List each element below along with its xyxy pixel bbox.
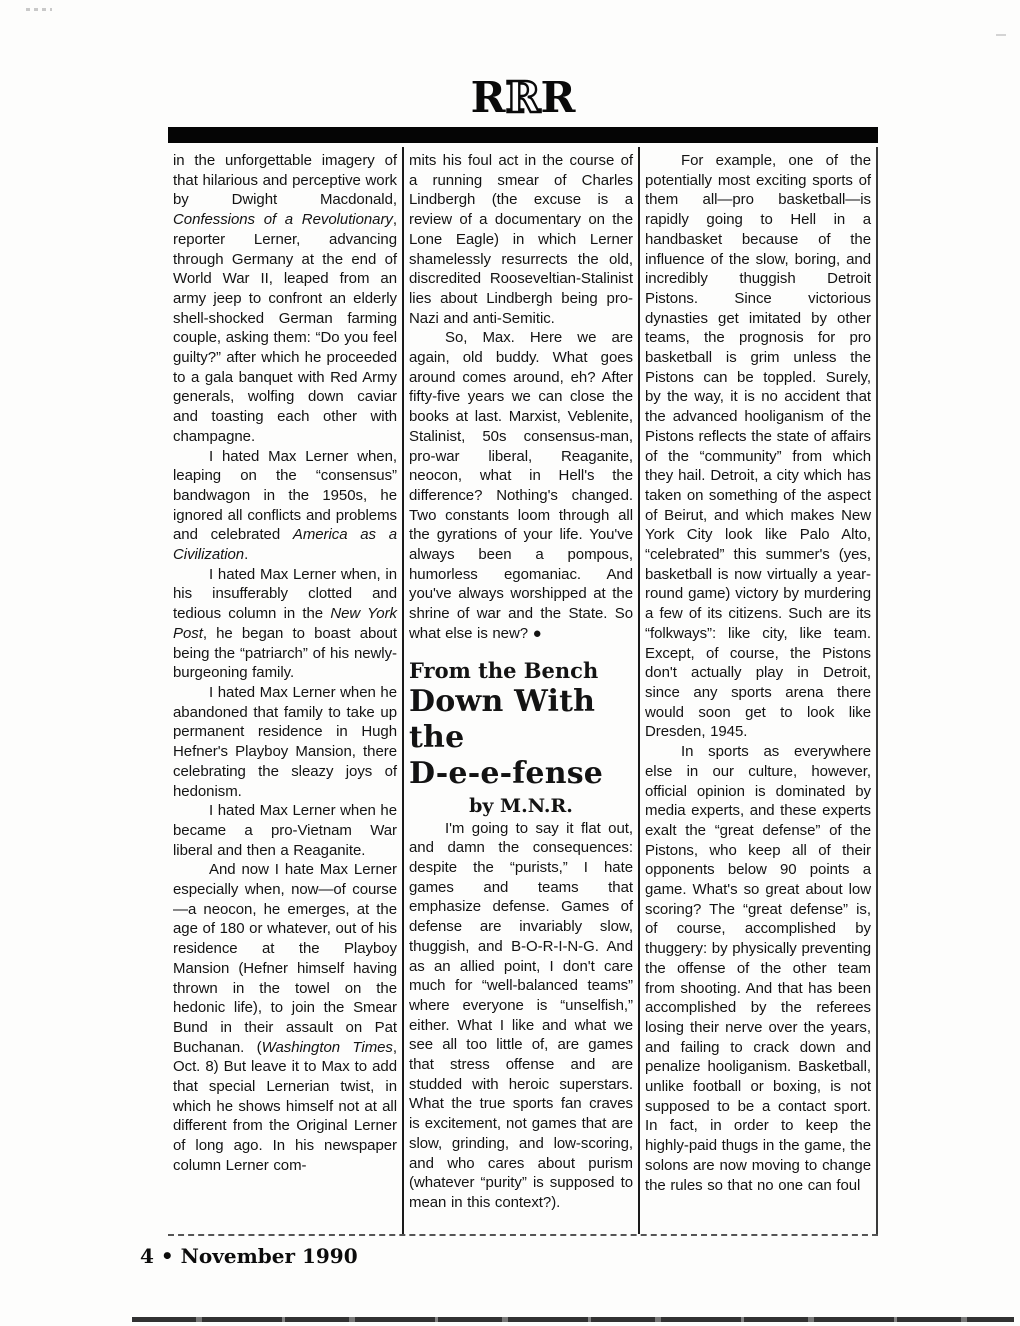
paragraph: I hated Max Lerner when he abandoned tha… [173,683,397,801]
paragraph: I'm going to say it flat out, and damn t… [409,819,633,1213]
paragraph: So, Max. Here we are again, old buddy. W… [409,328,633,643]
article-byline: by M.N.R. [409,795,633,817]
logo-letter: R [471,73,506,122]
paragraph: I hated Max Lerner when he became a pro-… [173,801,397,860]
article-title-line: D-e-e-fense [409,756,633,792]
column-3: For example, one of the potentially most… [640,147,878,1234]
paragraph: I hated Max Lerner when, in his insuffer… [173,565,397,683]
masthead-logo: RRR [168,76,878,120]
paragraph: In sports as everywhere else in our cult… [645,742,871,1195]
header-rule-bar [168,127,878,143]
paragraph: I hated Max Lerner when, leaping on the … [173,447,397,565]
article-title: Down With theD-e-e-fense [409,684,633,792]
article-title-line: Down With the [409,684,633,756]
column-1: in the unforgettable imagery of that hil… [168,147,402,1234]
paragraph: For example, one of the potentially most… [645,151,871,742]
paragraph: mits his foul act in the course of a run… [409,151,633,328]
paragraph: And now I hate Max Lerner especially whe… [173,860,397,1175]
logo-letter: R [540,73,575,122]
section-kicker: From the Bench [409,658,633,684]
logo-letter-outlined: R [506,73,541,122]
magazine-page: RRR in the unforgettable imagery of that… [0,0,1020,1326]
scan-artifact [26,8,52,11]
column-2: mits his foul act in the course of a run… [402,147,640,1234]
scan-artifact [996,34,1006,36]
paragraph: in the unforgettable imagery of that hil… [173,151,397,447]
page-footer: 4 • November 1990 [140,1244,358,1268]
article-columns: in the unforgettable imagery of that hil… [168,147,878,1236]
scan-artifact-bottom [132,1317,1014,1322]
